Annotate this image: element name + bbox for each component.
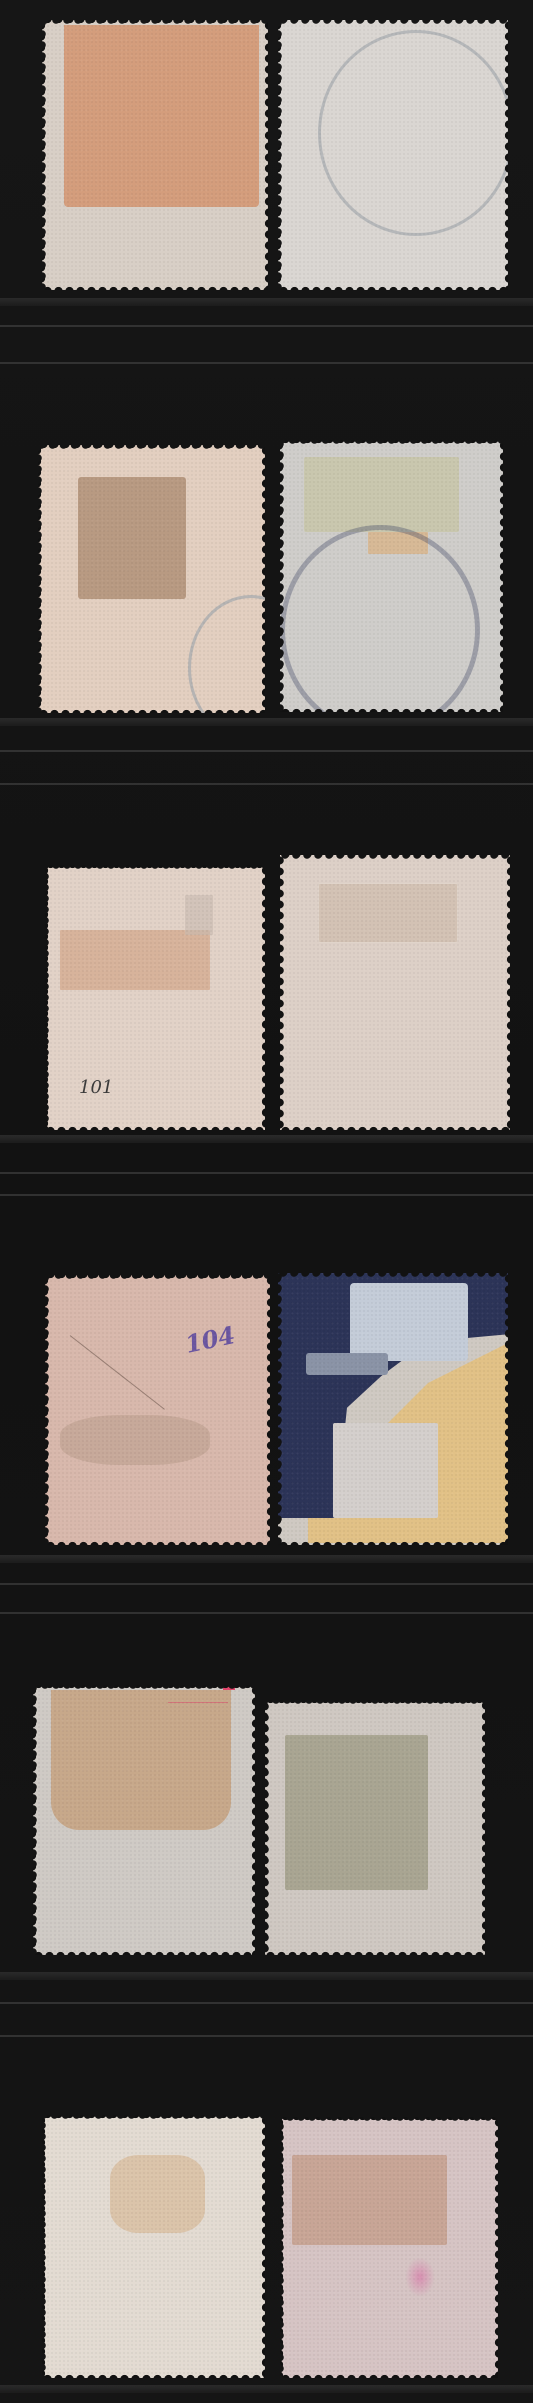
stamp-r1-left [42, 20, 268, 290]
strip-edge [0, 718, 533, 726]
stamp-r5-right [265, 1700, 485, 1955]
strip-line [0, 325, 533, 327]
paper-texture [42, 20, 268, 290]
stamp-r3-right [280, 855, 510, 1130]
paper-texture [280, 440, 503, 712]
strip-edge [0, 2385, 533, 2393]
stamp-r3-left: 101 [45, 865, 265, 1130]
stock-page: 101 104 [0, 0, 533, 2403]
stamp-r4-left: 104 [45, 1275, 270, 1545]
strip-line [0, 2002, 533, 2004]
strip-edge [0, 1135, 533, 1143]
paper-texture [45, 1275, 270, 1545]
stamp-r2-left [38, 445, 265, 713]
strip-edge [0, 298, 533, 306]
paper-texture [38, 445, 265, 713]
paper-texture [280, 2117, 498, 2378]
paper-texture [265, 1700, 485, 1955]
stamp-r5-left [33, 1685, 255, 1955]
strip-line [0, 2035, 533, 2037]
strip-edge [0, 1972, 533, 1980]
strip-line [0, 750, 533, 752]
paper-texture [278, 20, 508, 290]
strip-line [0, 783, 533, 785]
stamp-r2-right [280, 440, 503, 712]
stamp-r6-left [42, 2115, 265, 2378]
paper-texture [42, 2115, 265, 2378]
strip-line [0, 1172, 533, 1174]
strip-line [0, 1194, 533, 1196]
stamp-r6-right [280, 2117, 498, 2378]
paper-texture [280, 855, 510, 1130]
stamp-r1-right [278, 20, 508, 290]
paper-texture [33, 1685, 255, 1955]
strip-line [0, 1583, 533, 1585]
paper-texture [45, 865, 265, 1130]
strip-line [0, 1612, 533, 1614]
stamp-r4-right [278, 1273, 508, 1545]
strip-edge [0, 1555, 533, 1563]
strip-line [0, 362, 533, 364]
paper-texture [278, 1273, 508, 1545]
